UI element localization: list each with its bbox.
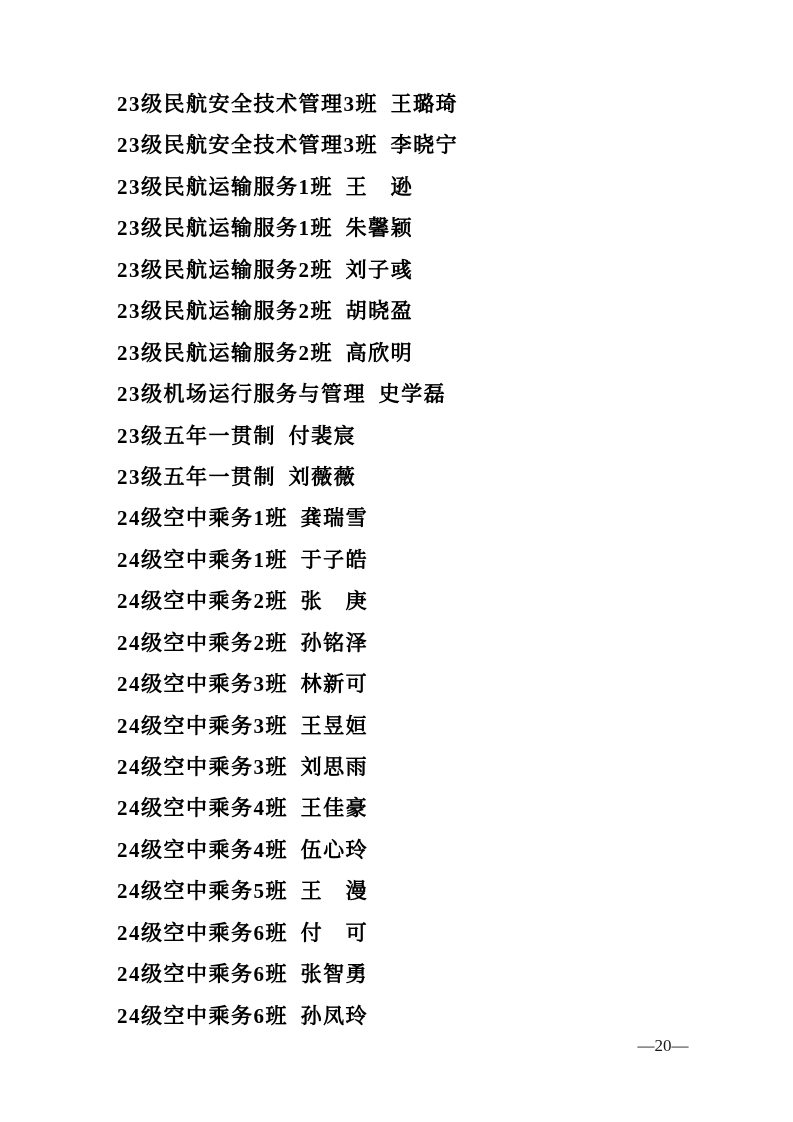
roster-line: 24级空中乘务3班刘思雨	[117, 747, 677, 788]
class-name: 23级机场运行服务与管理	[117, 382, 366, 406]
roster-line: 24级空中乘务6班张智勇	[117, 954, 677, 995]
class-name: 23级民航安全技术管理3班	[117, 133, 378, 157]
roster-line: 24级空中乘务3班林新可	[117, 664, 677, 705]
student-name: 付 可	[301, 921, 369, 945]
roster-line: 23级机场运行服务与管理史学磊	[117, 374, 677, 415]
class-name: 24级空中乘务3班	[117, 672, 288, 696]
student-name: 龚瑞雪	[301, 506, 369, 530]
roster-line: 23级民航运输服务1班朱馨颖	[117, 208, 677, 249]
student-name: 王 漫	[301, 879, 369, 903]
student-name: 朱馨颖	[346, 216, 414, 240]
roster-line: 24级空中乘务6班付 可	[117, 913, 677, 954]
roster-line: 23级民航运输服务2班胡晓盈	[117, 291, 677, 332]
roster-line: 23级五年一贯制刘薇薇	[117, 457, 677, 498]
student-name: 刘薇薇	[289, 465, 357, 489]
roster-list: 23级民航安全技术管理3班王璐琦23级民航安全技术管理3班李晓宁23级民航运输服…	[117, 84, 677, 1037]
class-name: 24级空中乘务4班	[117, 838, 288, 862]
roster-line: 23级五年一贯制付裴宸	[117, 416, 677, 457]
roster-line: 24级空中乘务2班张 庚	[117, 581, 677, 622]
student-name: 胡晓盈	[346, 299, 414, 323]
roster-line: 24级空中乘务5班王 漫	[117, 871, 677, 912]
roster-line: 23级民航安全技术管理3班李晓宁	[117, 125, 677, 166]
student-name: 孙铭泽	[301, 631, 369, 655]
class-name: 24级空中乘务1班	[117, 548, 288, 572]
roster-line: 24级空中乘务4班伍心玲	[117, 830, 677, 871]
class-name: 24级空中乘务4班	[117, 796, 288, 820]
class-name: 24级空中乘务3班	[117, 714, 288, 738]
class-name: 23级民航运输服务2班	[117, 299, 333, 323]
student-name: 张智勇	[301, 962, 369, 986]
document-page: 23级民航安全技术管理3班王璐琦23级民航安全技术管理3班李晓宁23级民航运输服…	[0, 0, 793, 1122]
student-name: 于子皓	[301, 548, 369, 572]
student-name: 李晓宁	[391, 133, 459, 157]
roster-line: 23级民航运输服务2班刘子彧	[117, 250, 677, 291]
class-name: 23级五年一贯制	[117, 465, 276, 489]
class-name: 23级民航运输服务1班	[117, 216, 333, 240]
roster-line: 23级民航运输服务1班王 逊	[117, 167, 677, 208]
student-name: 林新可	[301, 672, 369, 696]
student-name: 史学磊	[379, 382, 447, 406]
roster-line: 24级空中乘务6班孙凤玲	[117, 996, 677, 1037]
class-name: 24级空中乘务6班	[117, 1004, 288, 1028]
student-name: 王佳豪	[301, 796, 369, 820]
class-name: 24级空中乘务6班	[117, 962, 288, 986]
class-name: 24级空中乘务3班	[117, 755, 288, 779]
roster-line: 24级空中乘务1班于子皓	[117, 540, 677, 581]
class-name: 24级空中乘务2班	[117, 631, 288, 655]
roster-line: 23级民航运输服务2班高欣明	[117, 333, 677, 374]
roster-line: 24级空中乘务2班孙铭泽	[117, 623, 677, 664]
roster-line: 23级民航安全技术管理3班王璐琦	[117, 84, 677, 125]
class-name: 24级空中乘务6班	[117, 921, 288, 945]
roster-line: 24级空中乘务3班王昱姮	[117, 706, 677, 747]
class-name: 23级民航运输服务1班	[117, 175, 333, 199]
roster-line: 24级空中乘务1班龚瑞雪	[117, 498, 677, 539]
student-name: 王昱姮	[301, 714, 369, 738]
student-name: 张 庚	[301, 589, 369, 613]
class-name: 23级民航运输服务2班	[117, 341, 333, 365]
class-name: 24级空中乘务1班	[117, 506, 288, 530]
class-name: 23级五年一贯制	[117, 424, 276, 448]
class-name: 24级空中乘务2班	[117, 589, 288, 613]
page-number: —20—	[628, 1036, 698, 1056]
class-name: 24级空中乘务5班	[117, 879, 288, 903]
class-name: 23级民航安全技术管理3班	[117, 92, 378, 116]
student-name: 伍心玲	[301, 838, 369, 862]
student-name: 付裴宸	[289, 424, 357, 448]
class-name: 23级民航运输服务2班	[117, 258, 333, 282]
student-name: 王 逊	[346, 175, 414, 199]
roster-line: 24级空中乘务4班王佳豪	[117, 788, 677, 829]
student-name: 高欣明	[346, 341, 414, 365]
student-name: 刘子彧	[346, 258, 414, 282]
student-name: 刘思雨	[301, 755, 369, 779]
student-name: 孙凤玲	[301, 1004, 369, 1028]
student-name: 王璐琦	[391, 92, 459, 116]
